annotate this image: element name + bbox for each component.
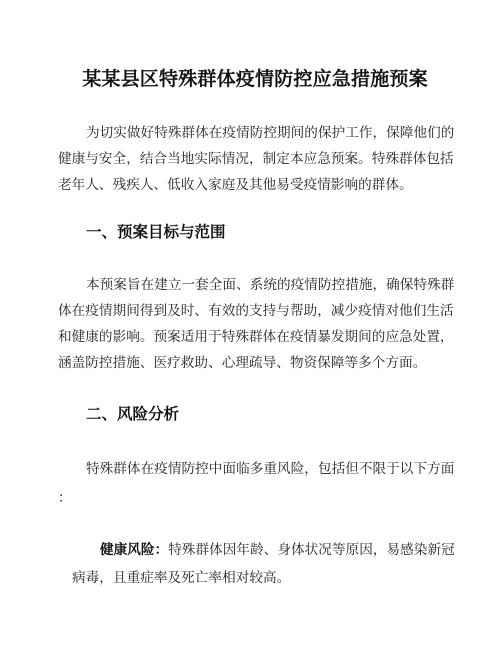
document-page: 某某县区特殊群体疫情防控应急措施预案 为切实做好特殊群体在疫情防控期间的保护工作… [0, 0, 500, 647]
health-risk-label: 健康风险： [100, 542, 168, 558]
section1-line-2: 体在疫情期间得到及时、有效的支持与帮助，减少疫情对他们生活 [58, 299, 454, 319]
health-risk-item: 健康风险：特殊群体因年龄、身体状况等原因，易感染新冠 [100, 538, 455, 558]
section2-trailing-colon: ： [58, 486, 72, 506]
section-heading-2: 二、风险分析 [86, 402, 179, 424]
intro-line-1: 为切实做好特殊群体在疫情防控期间的保护工作，保障他们的 [86, 121, 454, 141]
health-risk-line-2: 病毒，且重症率及死亡率相对较高。 [72, 566, 290, 586]
section1-line-3: 和健康的影响。预案适用于特殊群体在疫情暴发期间的应急处置， [58, 325, 454, 345]
intro-line-2: 健康与安全，结合当地实际情况，制定本应急预案。特殊群体包括 [58, 147, 454, 167]
section1-line-4: 涵盖防控措施、医疗救助、心理疏导、物资保障等多个方面。 [58, 351, 426, 371]
intro-line-3: 老年人、残疾人、低收入家庭及其他易受疫情影响的群体。 [58, 173, 413, 193]
health-risk-text: 特殊群体因年龄、身体状况等原因，易感染新冠 [168, 542, 455, 558]
document-title: 某某县区特殊群体疫情防控应急措施预案 [0, 64, 500, 91]
section2-line-1: 特殊群体在疫情防控中面临多重风险，包括但不限于以下方面 [86, 457, 454, 477]
section-heading-1: 一、预案目标与范围 [86, 220, 226, 242]
section1-line-1: 本预案旨在建立一套全面、系统的疫情防控措施，确保特殊群 [86, 273, 454, 293]
